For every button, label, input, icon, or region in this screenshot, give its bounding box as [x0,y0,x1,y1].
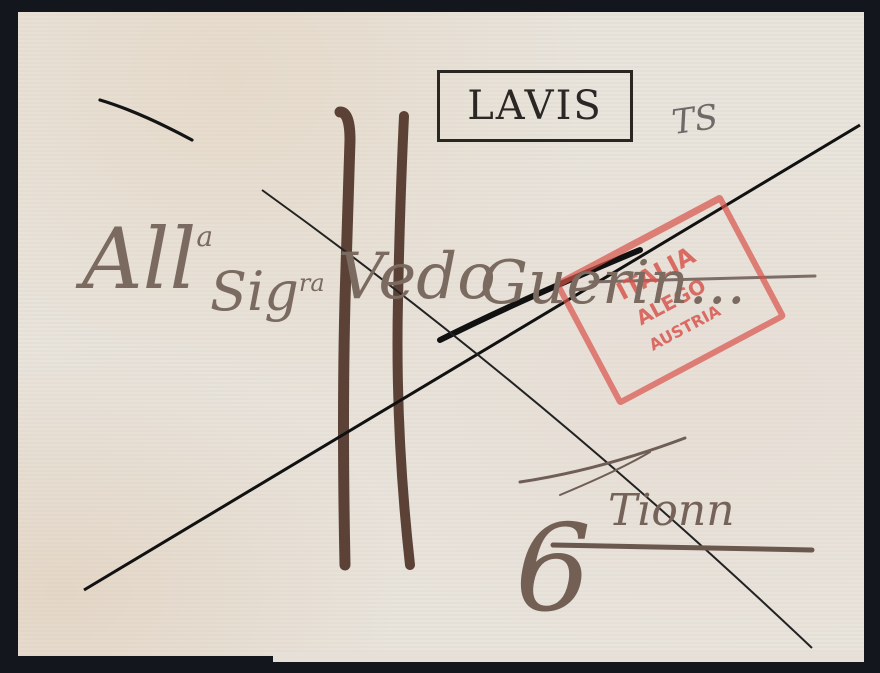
destination-text: Tionn [608,485,735,536]
address-name-1: Vedo [338,240,496,314]
title-text: Sig [210,260,299,323]
ts-handstamp: TS [669,97,720,143]
rate-small-numeral: 6 [515,500,591,639]
salutation-superscript: a [196,220,213,253]
rate-stroke-1 [340,112,350,565]
destination-underline [553,545,812,550]
rate-stroke-2 [398,116,411,565]
title-superscript: ra [299,269,325,297]
address-name-2: Guerin... [480,248,746,318]
lavis-postmark-text: LAVIS [467,83,603,129]
dash-stroke [100,100,192,140]
address-salutation: Alla [82,210,213,308]
address-title: Sigra [210,260,325,323]
cancel-line-1 [84,125,860,590]
salutation-text: All [82,210,196,308]
lavis-postmark: LAVIS [437,70,633,142]
